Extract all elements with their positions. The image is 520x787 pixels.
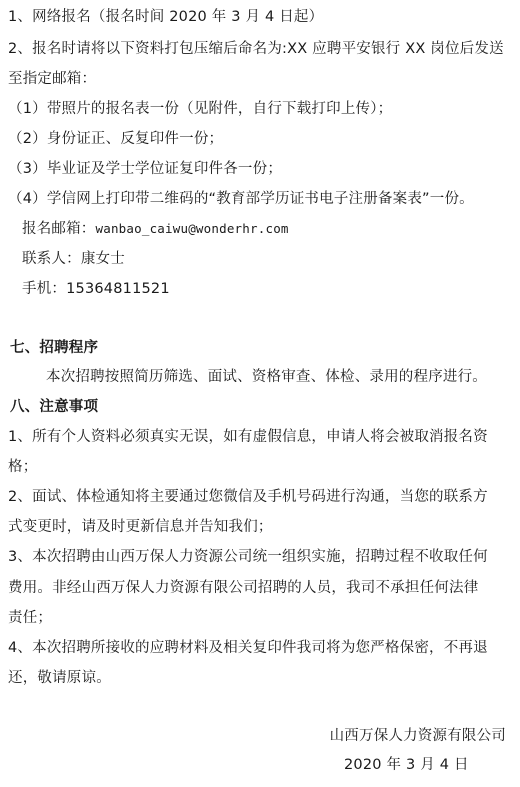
- contact-label: 联系人：: [22, 251, 81, 267]
- email-row: 报名邮箱：wanbao_caiwu@wonderhr.com: [22, 220, 289, 238]
- material-item: （1）带照片的报名表一份（见附件，自行下载打印上传）；: [8, 100, 392, 118]
- signup-item-2-line-1: 2、报名时请将以下资料打包压缩后命名为:XX 应聘平安银行 XX 岗位后发送: [8, 40, 504, 58]
- note-line: 格；: [8, 458, 37, 476]
- note-line: 责任；: [8, 609, 52, 627]
- note-line: 4、本次招聘所接收的应聘材料及相关复印件我司将为您严格保密，不再退: [8, 639, 488, 657]
- signup-item-1: 1、网络报名（报名时间 2020 年 3 月 4 日起）: [8, 8, 323, 26]
- contact-value: 康女士: [81, 251, 125, 267]
- note-line: 3、本次招聘由山西万保人力资源公司统一组织实施，招聘过程不收取任何: [8, 548, 488, 566]
- material-item: （4）学信网上打印带二维码的“教育部学历证书电子注册备案表”一份。: [8, 190, 474, 208]
- phone-value: 15364811521: [66, 281, 170, 297]
- email-link[interactable]: wanbao_caiwu@wonderhr.com: [96, 221, 289, 236]
- note-line: 还，敬请原谅。: [8, 669, 111, 687]
- signature-company: 山西万保人力资源有限公司: [330, 727, 506, 745]
- phone-label: 手机：: [22, 281, 66, 297]
- section-8-heading: 八、注意事项: [10, 398, 98, 416]
- note-line: 式变更时，请及时更新信息并告知我们；: [8, 518, 273, 536]
- contact-row: 联系人：康女士: [22, 250, 125, 268]
- email-label: 报名邮箱：: [22, 221, 96, 237]
- note-line: 费用。非经山西万保人力资源有限公司招聘的人员，我司不承担任何法律: [8, 579, 478, 597]
- signature-date: 2020 年 3 月 4 日: [344, 756, 469, 774]
- phone-row: 手机：15364811521: [22, 280, 170, 298]
- section-7-heading: 七、招聘程序: [10, 339, 98, 357]
- note-line: 2、面试、体检通知将主要通过您微信及手机号码进行沟通，当您的联系方: [8, 488, 488, 506]
- section-7-body: 本次招聘按照简历筛选、面试、资格审查、体检、录用的程序进行。: [46, 368, 487, 386]
- note-line: 1、所有个人资料必须真实无误，如有虚假信息，申请人将会被取消报名资: [8, 428, 488, 446]
- material-item: （3）毕业证及学士学位证复印件各一份；: [8, 160, 282, 178]
- material-item: （2）身份证正、反复印件一份；: [8, 130, 223, 148]
- signup-item-2-line-2: 至指定邮箱：: [8, 70, 96, 88]
